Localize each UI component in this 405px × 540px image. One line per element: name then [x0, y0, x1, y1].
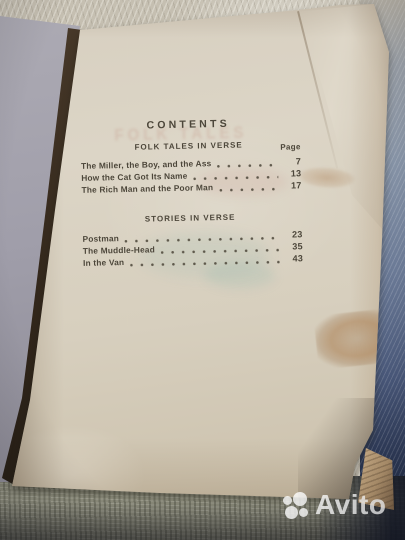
page-left-shading: [8, 26, 78, 488]
toc-entry: The Rich Man and the Poor Man 17: [81, 180, 301, 195]
entry-title: Postman: [82, 233, 119, 244]
dot-leader: [161, 245, 280, 254]
entry-page-number: 35: [283, 241, 303, 251]
logo-circle: [283, 496, 292, 505]
dot-leader: [217, 160, 278, 168]
page-column-label: Page: [280, 142, 301, 151]
entry-page-number: 7: [281, 156, 301, 166]
book-page: FOLK TALES CONTENTS FOLK TALES IN VERSE …: [0, 0, 405, 540]
entry-title: How the Cat Got Its Name: [81, 171, 187, 183]
avito-watermark: Avito: [283, 491, 386, 519]
dot-leader: [219, 184, 278, 192]
entry-page-number: 43: [283, 253, 303, 263]
avito-logo-icon: [283, 492, 310, 519]
section-heading-folk-tales: FOLK TALES IN VERSE: [77, 139, 301, 153]
entry-title: The Muddle-Head: [83, 244, 155, 256]
entry-title: The Rich Man and the Poor Man: [81, 182, 213, 195]
logo-circle: [285, 506, 298, 519]
entry-page-number: 13: [281, 168, 301, 178]
stain-lower: [313, 308, 394, 370]
entry-page-number: 23: [282, 229, 302, 239]
toc-entry: In the Van 43: [83, 253, 303, 268]
table-of-contents: FOLK TALES CONTENTS FOLK TALES IN VERSE …: [76, 112, 304, 287]
entry-title: The Miller, the Boy, and the Ass: [81, 158, 212, 171]
dot-leader: [130, 257, 280, 267]
photo-of-book-contents-page: FOLK TALES CONTENTS FOLK TALES IN VERSE …: [0, 0, 405, 540]
entry-page-number: 17: [281, 180, 301, 190]
entry-title: In the Van: [83, 257, 124, 268]
stain-upper: [297, 160, 367, 197]
logo-circle: [299, 508, 308, 517]
contents-title: CONTENTS: [76, 116, 300, 133]
logo-circle: [293, 492, 307, 506]
section-heading-stories: STORIES IN VERSE: [78, 211, 302, 225]
dot-leader: [193, 172, 278, 181]
watermark-brand-text: Avito: [315, 491, 386, 519]
